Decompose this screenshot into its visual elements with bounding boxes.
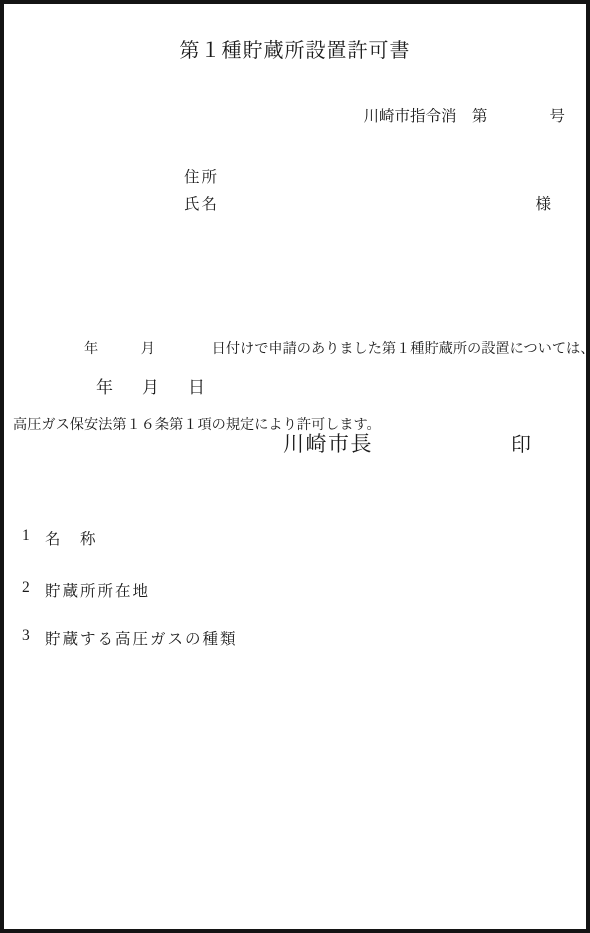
item-storage-location-label: 貯蔵所所在地 xyxy=(45,579,150,601)
directive-number-line: 川崎市指令消 第 号 xyxy=(363,104,565,126)
document-title: 第１種貯蔵所設置許可書 xyxy=(4,34,586,63)
issuer-signature-row: 川崎市長 印 xyxy=(283,428,531,458)
item-gas-type-number: 3 xyxy=(22,627,45,649)
issue-date-line: 年 月 日 xyxy=(96,373,211,398)
item-name: 1 名 称 xyxy=(22,527,98,549)
item-name-label: 名 称 xyxy=(45,527,98,549)
item-storage-location-number: 2 xyxy=(22,579,45,601)
permit-body-line-1: 年 月 日付けで申請のありました第１種貯蔵所の設置については、 xyxy=(13,337,582,362)
recipient-address-label: 住所 xyxy=(184,165,219,187)
issuer-seal-mark: 印 xyxy=(511,428,531,457)
recipient-honorific: 様 xyxy=(535,192,553,214)
item-storage-location: 2 貯蔵所所在地 xyxy=(22,579,150,601)
permit-document-page: 第１種貯蔵所設置許可書 川崎市指令消 第 号 住所 氏名 様 年 月 日付けで申… xyxy=(0,0,590,933)
issuer-title: 川崎市長 xyxy=(283,428,373,458)
recipient-name-row: 氏名 様 xyxy=(184,192,553,214)
recipient-name-label: 氏名 xyxy=(184,192,219,214)
item-gas-type: 3 貯蔵する高圧ガスの種類 xyxy=(22,627,238,649)
item-gas-type-label: 貯蔵する高圧ガスの種類 xyxy=(45,627,238,649)
item-name-number: 1 xyxy=(22,527,45,549)
